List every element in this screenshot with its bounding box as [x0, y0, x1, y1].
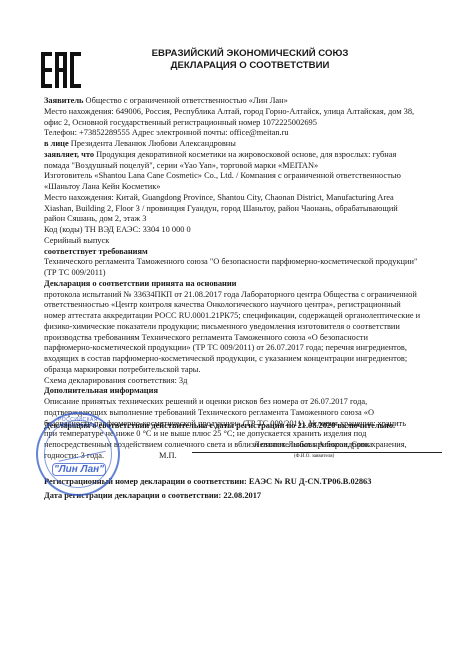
series-type: Серийный выпуск	[44, 236, 444, 247]
signature-line	[192, 452, 442, 453]
document-title: ДЕКЛАРАЦИЯ О СООТВЕТСТВИИ	[150, 60, 350, 72]
hs-code: Код (коды) ТН ВЭД ЕАЭС: 3304 10 000 0	[44, 225, 444, 236]
applicant-contacts: Телефон: +73852289555 Адрес электронной …	[44, 128, 444, 139]
representative-label: в лице	[44, 139, 69, 148]
document-header: ЕВРАЗИЙСКИЙ ЭКОНОМИЧЕСКИЙ СОЮЗ ДЕКЛАРАЦИ…	[150, 48, 350, 72]
signatory-caption: (Ф.И.О. заявителя)	[294, 454, 334, 460]
manufacturer-line-2: «Шаньтоу Лана Кейн Косметик»	[44, 182, 444, 193]
applicant-line: Заявитель Общество с ограниченной ответс…	[44, 96, 444, 107]
representative-value: Президента Леванюк Любови Александровны	[69, 139, 236, 148]
basis-line: номер аттестата аккредитации РОСС RU.000…	[44, 311, 444, 322]
applicant-address-2: офис 2, Основной государственный регистр…	[44, 118, 444, 129]
basis-line: парфюмерно-косметической продукции» (ТР …	[44, 343, 444, 354]
basis-label: Декларация о соответствии принята на осн…	[44, 279, 444, 290]
eac-letter-e	[41, 52, 52, 88]
applicant-address-1: Место нахождения: 649006, Россия, Респуб…	[44, 107, 444, 118]
basis-line: физико-химические показатели продукции; …	[44, 322, 444, 333]
company-stamp: РОССИЙСКАЯ ФЕДЕРАЦИЯ "Лин Лан"	[36, 412, 120, 496]
basis-line: ответственностью «Центр контроля качеств…	[44, 300, 444, 311]
product-line-1: Продукция декоративной косметики на жиро…	[94, 150, 396, 159]
additional-line: Описание принятых технических решений и …	[44, 397, 444, 408]
stamp-company-name: "Лин Лан"	[52, 463, 106, 476]
stamp-ring-text: РОССИЙСКАЯ ФЕДЕРАЦИЯ	[50, 417, 106, 429]
compliance-label: соответствует требованиям	[44, 247, 444, 258]
declaration-body: Заявитель Общество с ограниченной ответс…	[44, 96, 444, 462]
compliance-line-2: (ТР ТС 009/2011)	[44, 268, 444, 279]
manufacturer-location-1: Место нахождения: Китай, Guangdong Provi…	[44, 193, 444, 204]
eac-logo	[41, 52, 83, 88]
representative-line: в лице Президента Леванюк Любови Алексан…	[44, 139, 444, 150]
signatory-name: Леванюк Любовь Александровна	[254, 440, 373, 451]
eac-letter-c	[70, 52, 81, 88]
basis-line: протокола испытаний № 33634ПКП от 21.08.…	[44, 290, 444, 301]
basis-line: образца маркировки потребительской тары.	[44, 365, 444, 376]
union-title: ЕВРАЗИЙСКИЙ ЭКОНОМИЧЕСКИЙ СОЮЗ	[150, 48, 350, 60]
additional-info-label: Дополнительная информация	[44, 386, 444, 397]
product-line-2: помада "Воздушный поцелуй", серии «Yao Y…	[44, 161, 444, 172]
declaration-scheme: Схема декларирования соответствия: 3д	[44, 376, 444, 387]
compliance-line-1: Технического регламента Таможенного союз…	[44, 257, 444, 268]
manufacturer-line-1: Изготовитель «Shantou Lana Cane Cosmetic…	[44, 171, 444, 182]
declares-line: заявляет, что Продукция декоративной кос…	[44, 150, 444, 161]
seal-place-label: М.П.	[159, 451, 177, 462]
eac-letter-a	[55, 52, 67, 88]
handwritten-signature	[54, 431, 105, 462]
basis-line: входящих в состав парфюмерно-косметическ…	[44, 354, 444, 365]
applicant-name: Общество с ограниченной ответственностью…	[83, 96, 287, 105]
manufacturer-location-2: Xiashan, Building 2, Floor 3 / провинция…	[44, 204, 444, 215]
basis-line: производства требованиям Технического ре…	[44, 333, 444, 344]
declares-label: заявляет, что	[44, 150, 94, 159]
manufacturer-location-3: район Сяшань, дом 2, этаж 3	[44, 214, 444, 225]
applicant-label: Заявитель	[44, 96, 83, 105]
